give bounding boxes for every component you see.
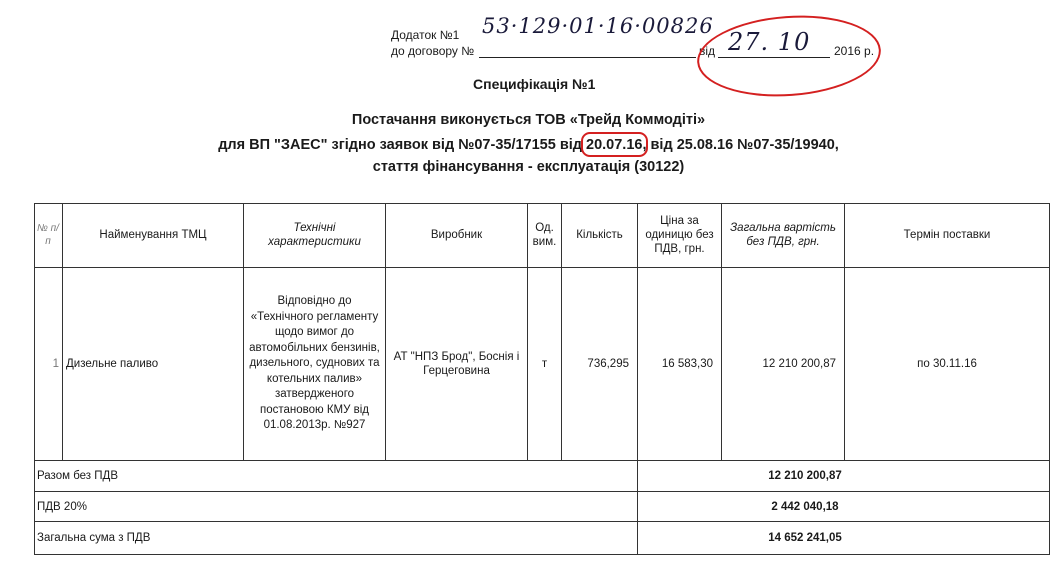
summary-label-total-with-vat: Загальна сума з ПДВ [34,522,638,555]
appendix-handwritten-number: 53·129·01·16·00826 [482,14,714,38]
summary-value-vat: 2 442 040,18 [638,492,1050,522]
row-1-specs: Відповідно до «Технічного регламенту щод… [244,268,386,461]
contract-number-line [479,57,696,58]
row-1-total: 12 210 200,87 [722,268,845,461]
row-1-manufacturer: АТ "НПЗ Брод", Боснія і Герцеговина [386,268,528,461]
col-header-quantity: Кількість [562,203,638,268]
subtitle-requests-text: для ВП "ЗАЕС" згідно заявок від №07-35/1… [218,137,586,153]
row-1-unit: т [528,268,562,461]
summary-value-total-with-vat: 14 652 241,05 [638,522,1050,555]
appendix-label: Додаток №1 [391,28,459,42]
col-header-num: № п/п [34,203,63,268]
row-1-delivery: по 30.11.16 [845,268,1050,461]
row-1-name: Дизельне паливо [63,268,244,461]
summary-value-subtotal: 12 210 200,87 [638,461,1050,492]
subtitle-line-2: для ВП "ЗАЕС" згідно заявок від №07-35/1… [0,137,1057,153]
col-header-name: Найменування ТМЦ [63,203,244,268]
col-header-manufacturer: Виробник [386,203,528,268]
document-title: Специфікація №1 [473,76,595,92]
contract-label: до договору № [391,44,474,58]
subtitle-second-request: від 25.08.16 №07-35/19940, [646,137,838,153]
red-box-annotation [581,132,648,157]
summary-label-subtotal: Разом без ПДВ [34,461,638,492]
subtitle-line-1: Постачання виконується ТОВ «Трейд Коммод… [0,112,1057,128]
circled-date: 20.07.16, [586,137,646,153]
col-header-unit: Од. вим. [528,203,562,268]
subtitle-line-3: стаття фінансування - експлуатація (3012… [0,159,1057,175]
row-1-num: 1 [34,268,63,461]
col-header-specs: Технічні характеристики [244,203,386,268]
summary-label-vat: ПДВ 20% [34,492,638,522]
row-1-unit-price: 16 583,30 [638,268,722,461]
col-header-total: Загальна вартість без ПДВ, грн. [722,203,845,268]
col-header-unit-price: Ціна за одиницю без ПДВ, грн. [638,203,722,268]
col-header-delivery: Термін поставки [845,203,1050,268]
red-circle-annotation-date [694,10,883,103]
row-1-quantity: 736,295 [562,268,638,461]
